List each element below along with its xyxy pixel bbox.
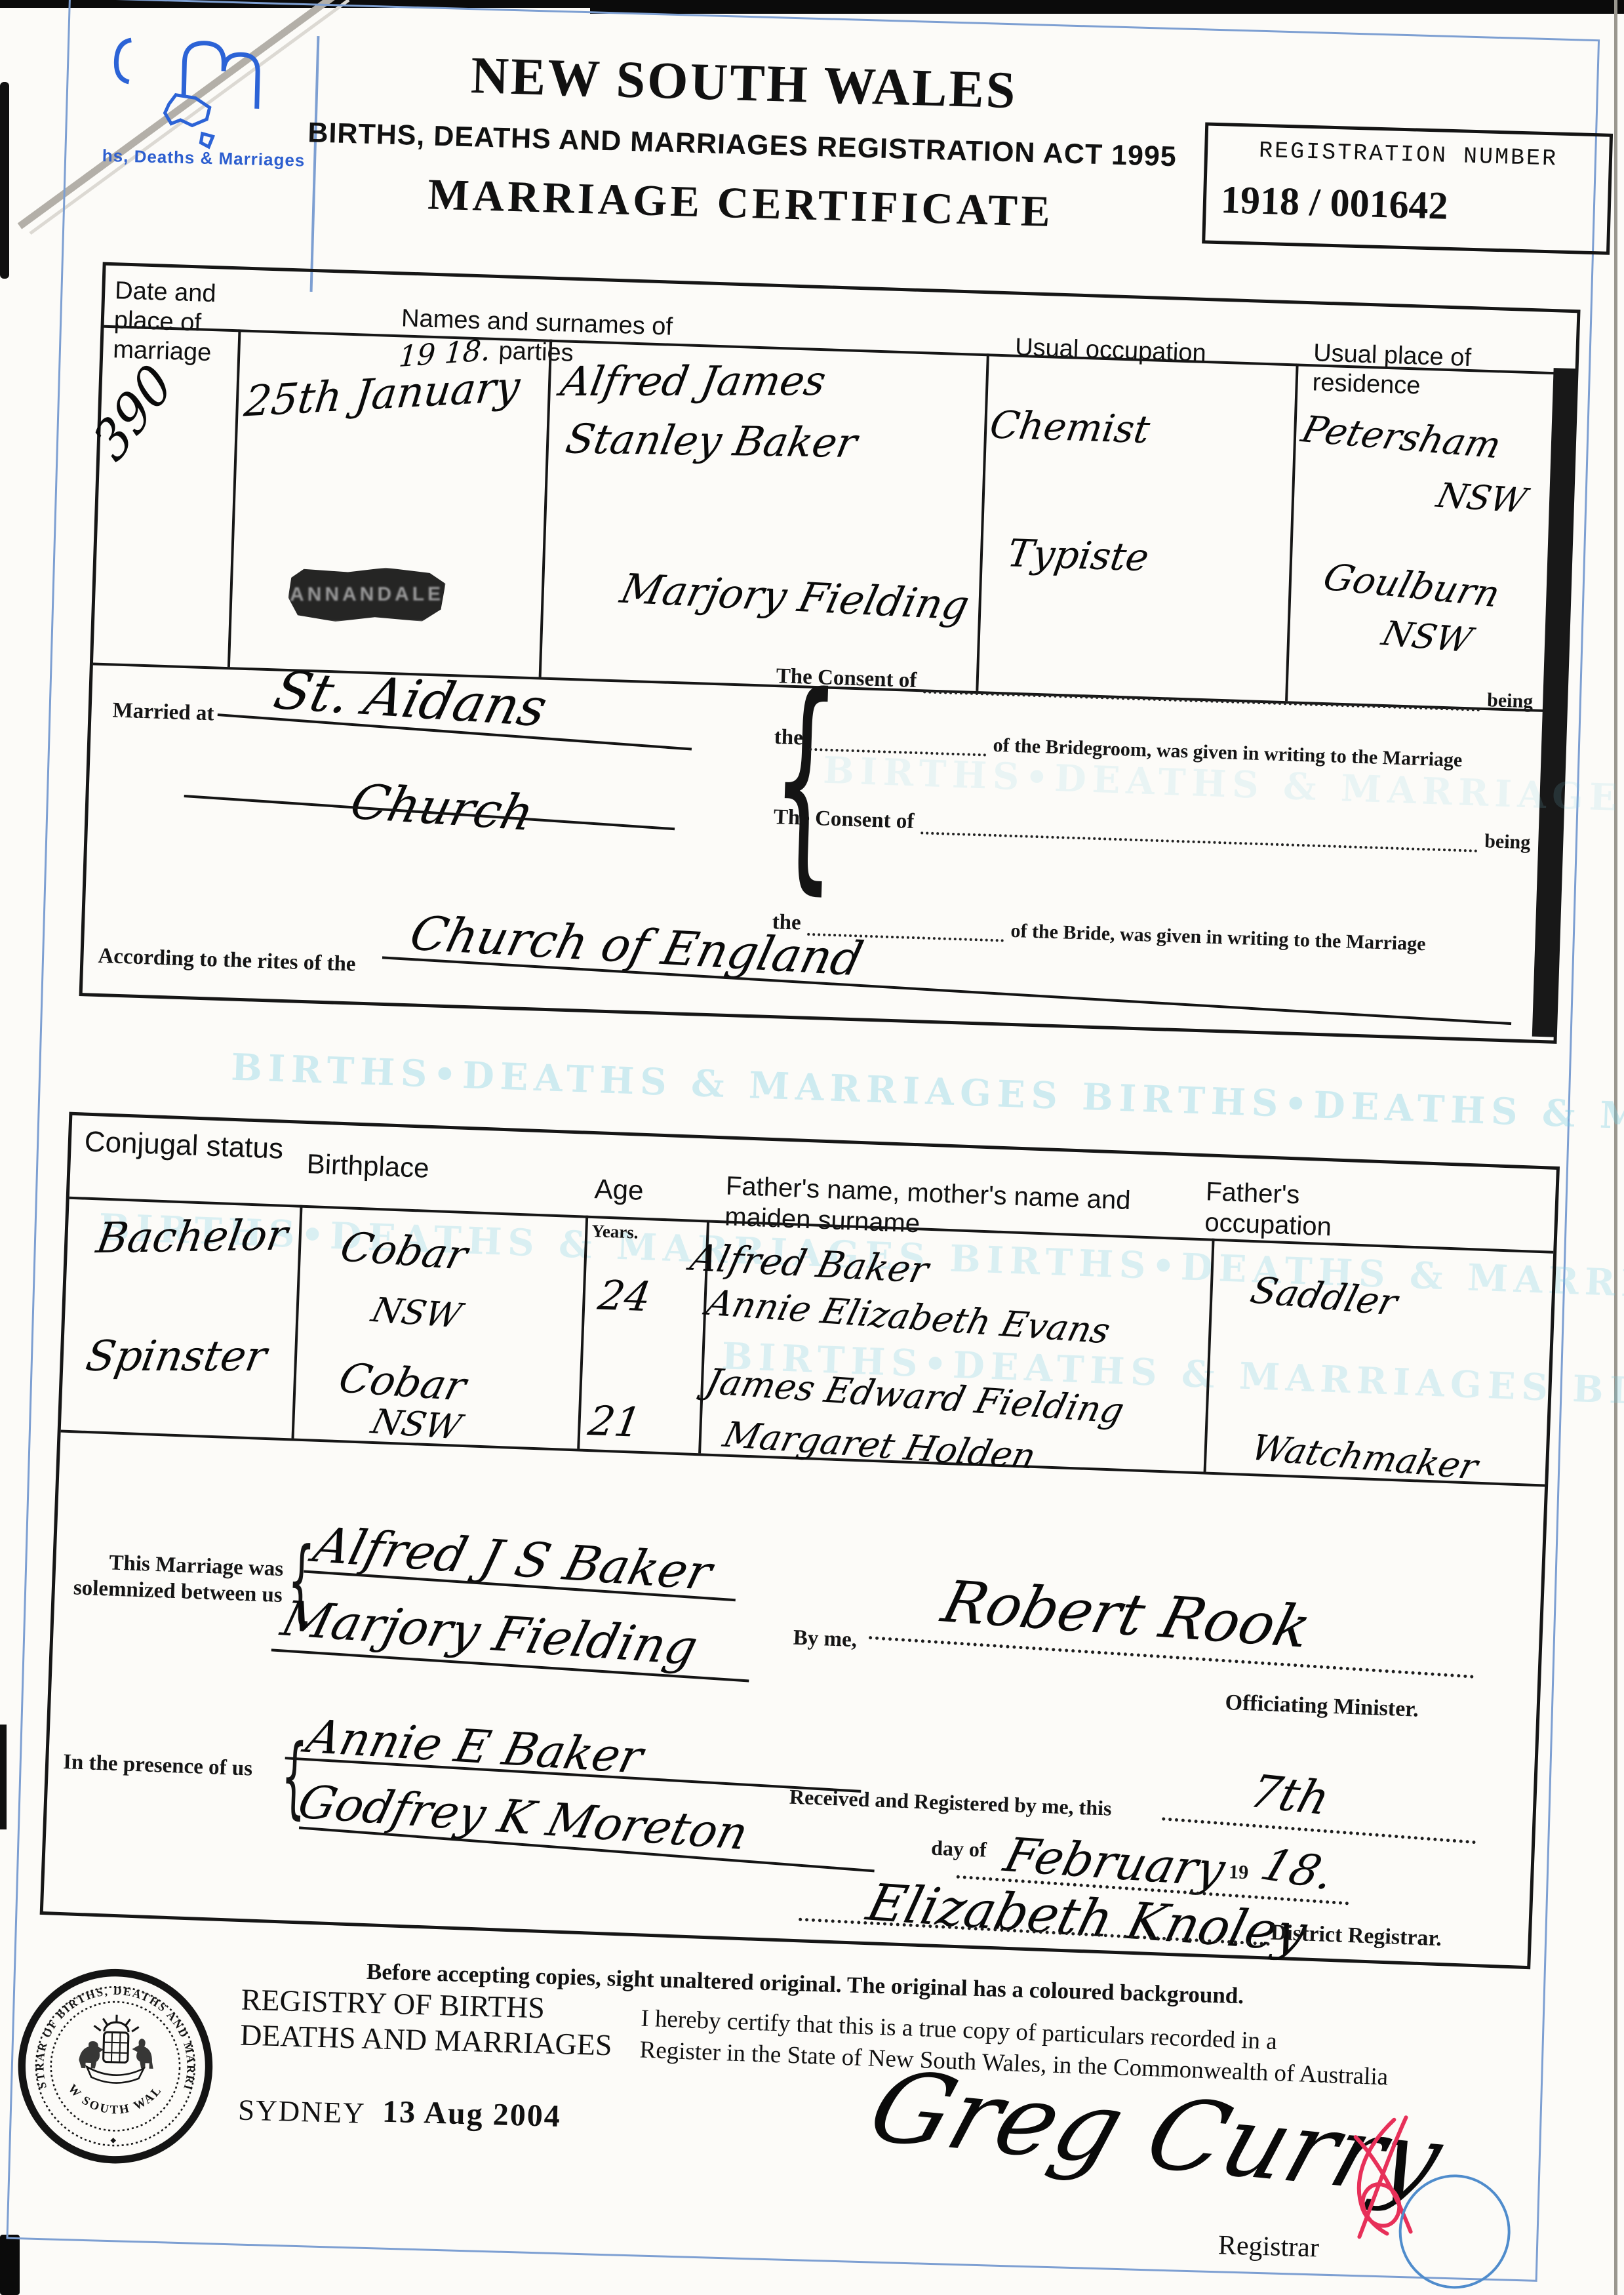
row1-mother: Annie Elizabeth Evans	[702, 1282, 1114, 1351]
consent-label: The Consent of	[773, 805, 915, 834]
table1-grid	[1285, 363, 1299, 701]
consent-bridegroom-row1: The Consent of being	[776, 664, 1534, 713]
registry-city: SYDNEY	[237, 2092, 366, 2130]
consent-the: the	[774, 725, 803, 750]
entry-groom-occupation: Chemist	[987, 403, 1153, 452]
entry-bride-occupation: Typiste	[1004, 531, 1152, 580]
row1-father-occupation: Saddler	[1246, 1269, 1402, 1324]
svg-text:NEW SOUTH WALES: NEW SOUTH WALES	[11, 1962, 169, 2119]
seal-inner-text: NEW SOUTH WALES	[11, 1962, 169, 2119]
consent-suffix: of the Bride, was given in writing to th…	[1010, 920, 1426, 955]
rites-label: According to the rites of the	[98, 944, 356, 977]
col-header-date: Date and place of marriage	[113, 276, 266, 369]
scan-edge-bottom-left	[0, 2235, 20, 2295]
received-year: 18.	[1254, 1839, 1341, 1900]
day-of-label: day of	[931, 1836, 987, 1862]
by-me-label: By me,	[793, 1626, 857, 1653]
seal-bottom-mark: ◆	[110, 2135, 116, 2144]
presence-label: In the presence of us	[62, 1750, 252, 1782]
row2-age: 21	[585, 1397, 644, 1447]
witness2-signature: Godfrey K Moreton	[293, 1775, 754, 1860]
age-unit-label: Years.	[591, 1221, 639, 1243]
scanned-marriage-certificate: hs, Deaths & Marriages NEW SOUTH WALES B…	[0, 0, 1624, 2295]
signature-groom: Alfred J S Baker	[308, 1517, 717, 1601]
table2-grid	[292, 1205, 303, 1439]
solemnized-label-2: solemnized between us	[66, 1576, 283, 1608]
table1-grid	[228, 329, 241, 667]
entry-groom-residence-state: NSW	[1433, 476, 1530, 521]
header-title: MARRIAGE CERTIFICATE	[216, 163, 1266, 243]
entry-margin-number: 390	[83, 353, 184, 473]
svg-text:◆: ◆	[110, 2135, 116, 2144]
row2-mother: Margaret Holden	[719, 1414, 1040, 1477]
consent-bride-row2: the of the Bride, was given in writing t…	[772, 910, 1530, 959]
parties-table: Conjugal status Birthplace Age Father's …	[40, 1112, 1560, 1970]
rites-rule	[382, 956, 1511, 1025]
received-label: Received and Registered by me, this	[789, 1785, 1112, 1821]
table1-grid	[539, 340, 553, 677]
entry-groom-name-1: Alfred James	[557, 357, 829, 405]
table2-grid	[577, 1216, 588, 1449]
col-header-birthplace: Birthplace	[306, 1147, 429, 1184]
table1-grid	[976, 353, 989, 691]
consent-label: The Consent of	[776, 664, 917, 693]
row2-conjugal: Spinster	[83, 1332, 271, 1381]
entry-bride-residence-state: NSW	[1377, 614, 1476, 660]
seal-coat-of-arms	[78, 2014, 155, 2084]
row2-birthplace: Cobar	[334, 1354, 471, 1410]
entry-date: 25th January	[242, 363, 523, 427]
marriage-table: Date and place of marriage Names and sur…	[79, 262, 1581, 1044]
col-header-parents: Father's name, mother's name and maiden …	[724, 1170, 1159, 1248]
registration-number: 1918 / 001642	[1220, 177, 1448, 229]
certificate-sheet: NEW SOUTH WALES BIRTHS, DEATHS AND MARRI…	[6, 0, 1600, 2282]
married-at-label: Married at	[112, 698, 214, 726]
consent-rule	[921, 821, 1478, 852]
col-header-father-occupation: Father's occupation	[1204, 1176, 1377, 1245]
entry-bride-name: Marjory Fielding	[616, 565, 974, 629]
scan-edge-right	[1614, 0, 1617, 2295]
col-header-conjugal: Conjugal status	[84, 1125, 284, 1167]
entry-groom-name-2: Stanley Baker	[562, 415, 861, 467]
registry-name: REGISTRY OF BIRTHS DEATHS AND MARRIAGES	[240, 1982, 614, 2064]
entry-groom-residence: Petersham	[1297, 409, 1505, 467]
registration-box: REGISTRATION NUMBER 1918 / 001642	[1202, 122, 1613, 254]
header-state: NEW SOUTH WALES	[219, 39, 1269, 128]
registrar-seal: REGISTRAR OF BIRTHS, DEATHS AND MARRIAGE…	[11, 1962, 220, 2171]
year-printed: 19	[1229, 1861, 1249, 1884]
received-day: 7th	[1244, 1765, 1336, 1826]
col-header-age: Age	[594, 1172, 644, 1207]
date-stamp: 13 Aug 2004	[382, 2094, 561, 2135]
scan-edge-top-right	[590, 0, 1624, 14]
entry-bride-residence: Goulburn	[1318, 556, 1505, 616]
row1-birthplace-state: NSW	[368, 1290, 465, 1336]
header-act: BIRTHS, DEATHS AND MARRIAGES REGISTRATIO…	[218, 114, 1267, 176]
minister-label: Officiating Minister.	[1225, 1690, 1419, 1723]
row1-age: 24	[595, 1271, 654, 1321]
annandale-stamp: ANNANDALE	[288, 568, 445, 622]
row1-conjugal: Bachelor	[93, 1211, 291, 1263]
row2-birthplace-state: NSW	[367, 1403, 465, 1448]
col-header-occupation: Usual occupation	[1015, 333, 1207, 369]
consent-being: being	[1484, 830, 1531, 854]
witness1-signature: Annie E Baker	[301, 1709, 648, 1784]
consent-rule	[923, 680, 1481, 711]
registrar-signature-label: Registrar	[1218, 2229, 1319, 2264]
scan-edge-left-2	[0, 1725, 7, 1829]
registration-label: REGISTRATION NUMBER	[1208, 136, 1610, 174]
table2-grid	[1204, 1239, 1215, 1472]
consent-being: being	[1487, 689, 1534, 713]
row1-birthplace: Cobar	[336, 1223, 473, 1279]
married-at-place: St. Aidans	[268, 660, 553, 738]
scan-dark-bar	[1532, 368, 1577, 1037]
